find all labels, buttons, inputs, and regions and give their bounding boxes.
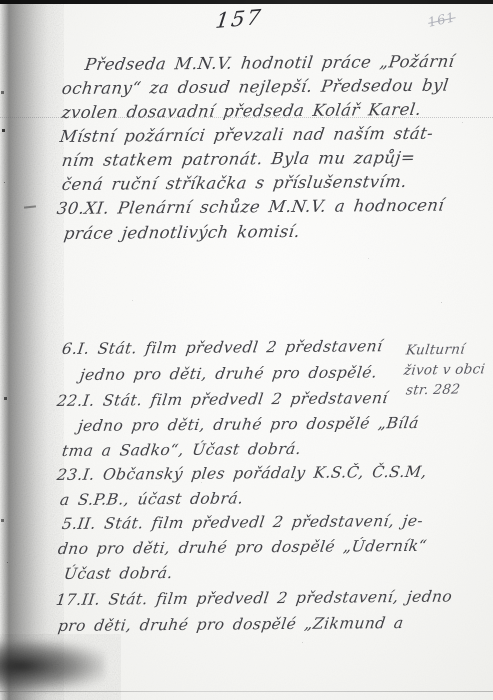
scan-top-edge-strip <box>0 0 493 4</box>
entry-line: 5.II. Stát. film předvedl 2 představení,… <box>61 512 424 533</box>
entry-line: a S.P.B., účast dobrá. <box>59 489 245 509</box>
handwritten-line: ochrany“ za dosud nejlepší. Předsedou by… <box>61 76 450 98</box>
scan-bottom-left-blob <box>0 640 105 692</box>
handwritten-line: Předseda M.N.V. hodnotil práce „Požární <box>84 52 456 74</box>
entry-line: pro děti, druhé pro dospělé „Zikmund a <box>57 614 405 635</box>
handwritten-line: práce jednotlivých komisí. <box>63 222 302 243</box>
scan-speckles <box>0 0 1 1</box>
entry-line: jedno pro děti, druhé pro dospělé „Bílá <box>77 414 420 435</box>
scan-bottom-edge-line <box>0 691 493 692</box>
margin-note-line: život v obci <box>403 361 486 378</box>
handwritten-line: čená ruční stříkačka s příslušenstvím. <box>61 172 408 194</box>
scan-left-shadow-band <box>0 0 62 700</box>
scanned-document-page: 157 161 Předseda M.N.V. hodnotil práce „… <box>0 0 493 700</box>
handwritten-line: ním statkem patronát. Byla mu zapůj= <box>61 148 417 170</box>
corner-pencil-mark: 161 <box>427 10 457 30</box>
entry-line: tma a Sadko“, Účast dobrá. <box>61 440 302 460</box>
margin-note-line: str. 282 <box>405 382 461 399</box>
entry-line: 23.I. Občanský ples pořádaly K.S.Č, Č.S.… <box>56 463 428 484</box>
entry-line: dno pro děti, druhé pro dospělé „Úderník… <box>57 537 428 558</box>
entry-line: 22.I. Stát. film předvedl 2 představení <box>56 389 389 410</box>
handwritten-line: zvolen dosavadní předseda Kolář Karel. <box>61 100 423 122</box>
margin-note-line: Kulturní <box>405 341 466 358</box>
page-number: 157 <box>214 5 264 33</box>
entry-line: Účast dobrá. <box>63 564 174 583</box>
entry-line: jedno pro děti, druhé pro dospělé. <box>79 363 379 384</box>
entry-line: 17.II. Stát. film předvedl 2 představení… <box>55 588 454 609</box>
handwritten-line: Místní požárníci převzali nad naším stát… <box>59 124 435 146</box>
handwritten-line: 30.XI. Plenární schůze M.N.V. a hodnocen… <box>56 196 446 218</box>
entry-line: 6.I. Stát. film předvedl 2 představení <box>61 337 384 358</box>
